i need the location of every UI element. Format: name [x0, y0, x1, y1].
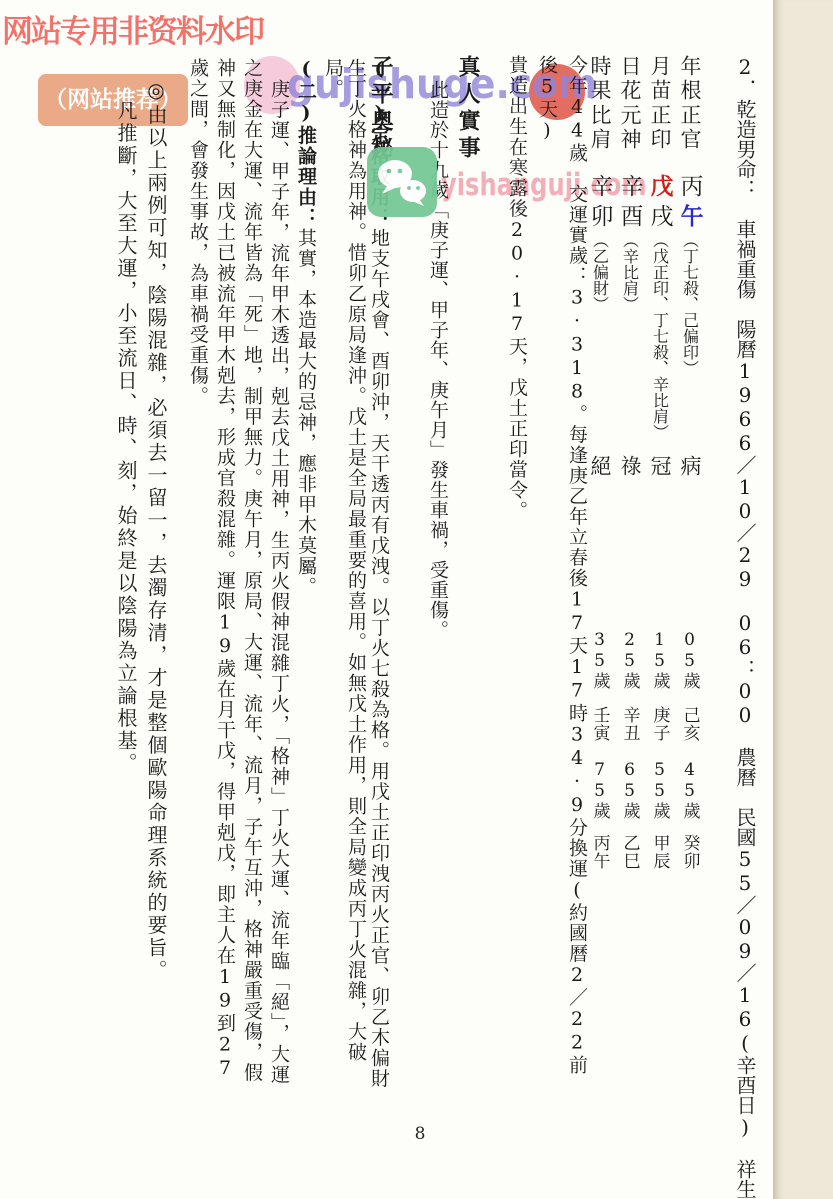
scanned-book-page: 网站专用非资料水印 （网站推荐） gujishuge.com yishanguj…	[0, 0, 833, 1199]
heavenly-stem: 丙	[674, 174, 707, 197]
heavenly-stem: 戊	[644, 174, 677, 197]
ten-god: 正官	[675, 104, 705, 152]
life-stage: 冠	[645, 455, 675, 476]
luck-ganzhi: 辛丑	[618, 706, 643, 742]
page-number: 8	[405, 1124, 435, 1144]
conclusion-paragraph-1: ◎由以上兩例可知，陰陽混雜，必須去一留一，去濁存清，才是整個歐陽命理系統的要旨。	[141, 78, 171, 1053]
luck-age: 25歲	[618, 630, 643, 690]
pillar-year: 年根 正官 丙 午 （丁七殺、己偏印） 病 05歲 己亥 45歲 癸卯	[677, 0, 703, 1199]
point2-lead: 其實，本造最大的忌神，應非甲木莫屬。	[295, 228, 317, 597]
earthly-branch: 酉	[614, 204, 647, 227]
hidden-stems: （戊正印、丁七殺、辛比肩）	[649, 232, 672, 440]
point2-body-paragraph: 庚子運、甲子年，流年甲木透出，剋去戊土用神，生丙火假神混雜丁火，「格神」丁火大運…	[184, 58, 292, 1098]
pillar-label: 月苗	[645, 55, 675, 103]
heavenly-stem: 辛	[614, 174, 647, 197]
point2-label: (二)推論理由：	[295, 58, 317, 228]
ten-god: 正印	[645, 104, 675, 152]
notes-block: 今年44歲 交運實歲：3·318。每逢庚乙年立春後17天17時34·9分換運(約…	[502, 55, 592, 1095]
luck-age: 15歲	[648, 630, 673, 690]
luck-ganzhi: 甲辰	[648, 834, 673, 870]
life-stage: 病	[675, 455, 705, 476]
point2-heading-paragraph: (二)推論理由：其實，本造最大的忌神，應非甲木莫屬。	[292, 58, 319, 1098]
luck-ganzhi: 癸卯	[678, 834, 703, 870]
notes-line-2: 貴造出生在寒露後20·17天，戊土正印當令。	[502, 55, 532, 1095]
life-stage: 祿	[615, 455, 645, 476]
luck-ganzhi: 庚子	[648, 706, 673, 742]
luck-age: 55歲	[648, 760, 673, 820]
luck-age: 45歲	[678, 760, 703, 820]
hidden-stems: （丁七殺、己偏印）	[679, 232, 702, 376]
pillar-day: 日花 元神 辛 酉 （辛比肩） 祿 25歲 辛丑 65歲 乙巳	[617, 0, 643, 1199]
luck-ganzhi: 乙巳	[618, 834, 643, 870]
page-edge-strip	[773, 0, 833, 1199]
conclusion-paragraph-2: 凡推斷，大至大運，小至流日、時、刻，始終是以陰陽為立論根基。	[111, 78, 141, 1053]
luck-age: 65歲	[618, 760, 643, 820]
luck-ganzhi: 己亥	[678, 706, 703, 742]
point2-block: (二)推論理由：其實，本造最大的忌神，應非甲木莫屬。 庚子運、甲子年，流年甲木透…	[184, 58, 319, 1098]
ten-god: 元神	[615, 104, 645, 152]
hidden-stems: （辛比肩）	[619, 232, 642, 312]
pillar-month: 月苗 正印 戊 戌 （戊正印、丁七殺、辛比肩） 冠 15歲 庚子 55歲 甲辰	[647, 0, 673, 1199]
luck-age: 05歲	[678, 630, 703, 690]
section-heading-story: 真人實事	[455, 55, 481, 163]
pillar-label: 日花	[615, 55, 645, 103]
watermark-corner-text: 网站专用非资料水印	[2, 6, 263, 51]
earthly-branch: 戌	[644, 204, 677, 227]
earthly-branch: 午	[674, 204, 707, 227]
notes-line-1: 今年44歲 交運實歲：3·318。每逢庚乙年立春後17天17時34·9分換運(約…	[532, 55, 592, 1095]
wechat-icon	[367, 147, 437, 217]
conclusion-block: ◎由以上兩例可知，陰陽混雜，必須去一留一，去濁存清，才是整個歐陽命理系統的要旨。…	[111, 78, 171, 1053]
pillar-label: 年根	[675, 55, 705, 103]
chart-title: 2．乾造男命： 車禍重傷 陽曆1966／10／29 06：00 農曆 民國55／…	[732, 55, 758, 1199]
